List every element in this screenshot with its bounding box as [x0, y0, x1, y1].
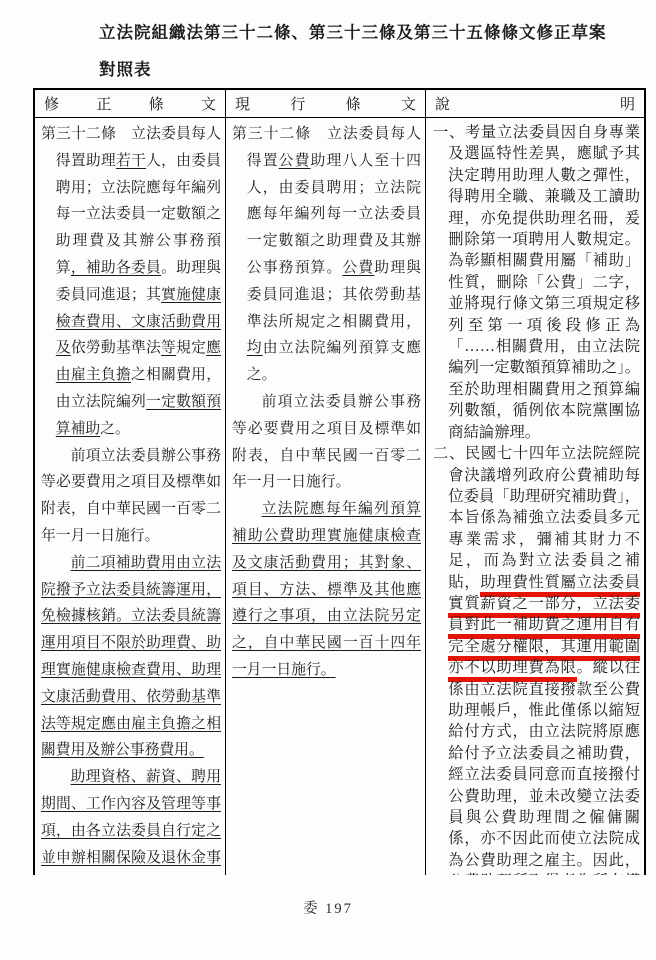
page-number: 委 197 — [0, 897, 656, 918]
underlined-amendment-text: 等 — [161, 340, 176, 356]
title-line-1: 立法院組織法第三十二條、第三十三條及第三十五條條文修正草案 — [99, 14, 647, 51]
header-char: 修 — [44, 93, 59, 114]
column-explanation: 一、考量立法委員因自身專業及選區特性差異，應賦予其決定聘用助理人數之彈性，得聘用… — [426, 118, 644, 875]
comparison-table: 修正條文 現行條文 說明 第三十二條 立法委員每人得置助理若干人，由委員聘用；立… — [33, 88, 646, 875]
header-current-text: 現行條文 — [226, 90, 426, 117]
column-current-text: 第三十二條 立法委員每人得置公費助理八人至十四人，由委員聘用；立法院應每年編列每… — [226, 118, 426, 875]
header-char: 正 — [96, 93, 111, 114]
text-segment: 前項立法委員辦公事務等必要費用之項目及標準如附表，自中華民國一百零二年一月一日施… — [232, 394, 421, 490]
underlined-amendment-text: 立法院應每年編列預算補助公費助理實施健康檢查及文康活動費用；其對象、項目、方法、… — [232, 501, 421, 678]
header-char: 明 — [620, 93, 635, 114]
paragraph: 第三十二條 立法委員每人得置公費助理八人至十四人，由委員聘用；立法院應每年編列每… — [232, 121, 421, 389]
paragraph: 前二項補助費用由立法院撥予立法委員統籌運用，免檢據核銷。立法委員統籌運用項目不限… — [41, 550, 221, 764]
header-char: 條 — [346, 93, 361, 114]
text-segment: 規定 — [176, 340, 206, 356]
text-segment: 助理八人至十四人，由委員聘用；立法院應每年編列每一立法委員一定數額之助理費及其辦… — [247, 153, 421, 276]
text-segment: 人，由委員聘用；立法院應每年編列每一立法委員一定數額之助理費及其辦公事務預算 — [56, 153, 221, 276]
table-header-row: 修正條文 現行條文 說明 — [35, 90, 644, 118]
column-amended-text: 第三十二條 立法委員每人得置助理若干人，由委員聘用；立法院應每年編列每一立法委員… — [35, 118, 226, 875]
header-char: 說 — [435, 93, 450, 114]
underlined-amendment-text: 均 — [247, 340, 263, 356]
header-char: 條 — [149, 93, 164, 114]
header-char: 文 — [401, 93, 416, 114]
paragraph: 前項立法委員辦公事務等必要費用之項目及標準如附表，自中華民國一百零二年一月一日施… — [41, 443, 221, 550]
text-segment: 。縱以往係由立法院直接撥款至公費助理帳戶，惟此僅係以縮短給付方式，由立法院將原應… — [448, 659, 640, 875]
text-segment: 之。 — [100, 421, 130, 437]
text-segment: 前項立法委員辦公事務等必要費用之項目及標準如附表，自中華民國一百零二年一月一日施… — [41, 448, 221, 544]
text-segment: 依勞動基準法 — [71, 340, 161, 356]
underlined-amendment-text: ，補助各委員 — [71, 260, 161, 276]
header-char: 行 — [290, 93, 305, 114]
paragraph: 一、考量立法委員因自身專業及選區特性差異，應賦予其決定聘用助理人數之彈性，得聘用… — [433, 122, 640, 443]
paragraph: 助理資格、薪資、聘用期間、工作內容及管理等事項，由各立法委員自行定之並申辦相關保… — [41, 764, 221, 875]
document-page: 立法院組織法第三十二條、第三十三條及第三十五條條文修正草案 對照表 修正條文 現… — [0, 0, 656, 960]
paragraph: 立法院應每年編列預算補助公費助理實施健康檢查及文康活動費用；其對象、項目、方法、… — [232, 496, 421, 684]
paragraph: 第三十二條 立法委員每人得置助理若干人，由委員聘用；立法院應每年編列每一立法委員… — [41, 121, 221, 443]
title-line-2: 對照表 — [99, 51, 647, 88]
document-title: 立法院組織法第三十二條、第三十三條及第三十五條條文修正草案 對照表 — [99, 14, 647, 88]
paragraph: 二、民國七十四年立法院經院會決議增列政府公費補助每位委員「助理研究補助費」，本旨… — [433, 443, 640, 875]
header-explanation: 說明 — [426, 90, 644, 117]
header-char: 現 — [235, 93, 250, 114]
header-char: 文 — [201, 93, 216, 114]
underlined-amendment-text: 助理資格、薪資、聘用期間、工作內容及管理等事項，由各立法委員自行定之並申辦相關保… — [41, 769, 221, 875]
underlined-amendment-text: 若干 — [116, 153, 146, 169]
underlined-amendment-text: 前二項補助費用由立法院撥予立法委員統籌運用，免檢據核銷。立法委員統籌運用項目不限… — [41, 555, 221, 759]
header-amended-text: 修正條文 — [35, 90, 226, 117]
text-segment: 由立法院編列預算支應之。 — [247, 340, 421, 383]
text-segment: 二、民國七十四年立法院經院會決議增列政府公費補助每位委員「助理研究補助費」，本旨… — [433, 445, 640, 590]
table-body: 第三十二條 立法委員每人得置助理若干人，由委員聘用；立法院應每年編列每一立法委員… — [35, 118, 644, 875]
underlined-amendment-text: 公費 — [342, 260, 374, 276]
text-segment: 一、考量立法委員因自身專業及選區特性差異，應賦予其決定聘用助理人數之彈性，得聘用… — [433, 124, 640, 441]
underlined-amendment-text: 公費 — [279, 153, 311, 169]
paragraph: 前項立法委員辦公事務等必要費用之項目及標準如附表，自中華民國一百零二年一月一日施… — [232, 389, 421, 496]
